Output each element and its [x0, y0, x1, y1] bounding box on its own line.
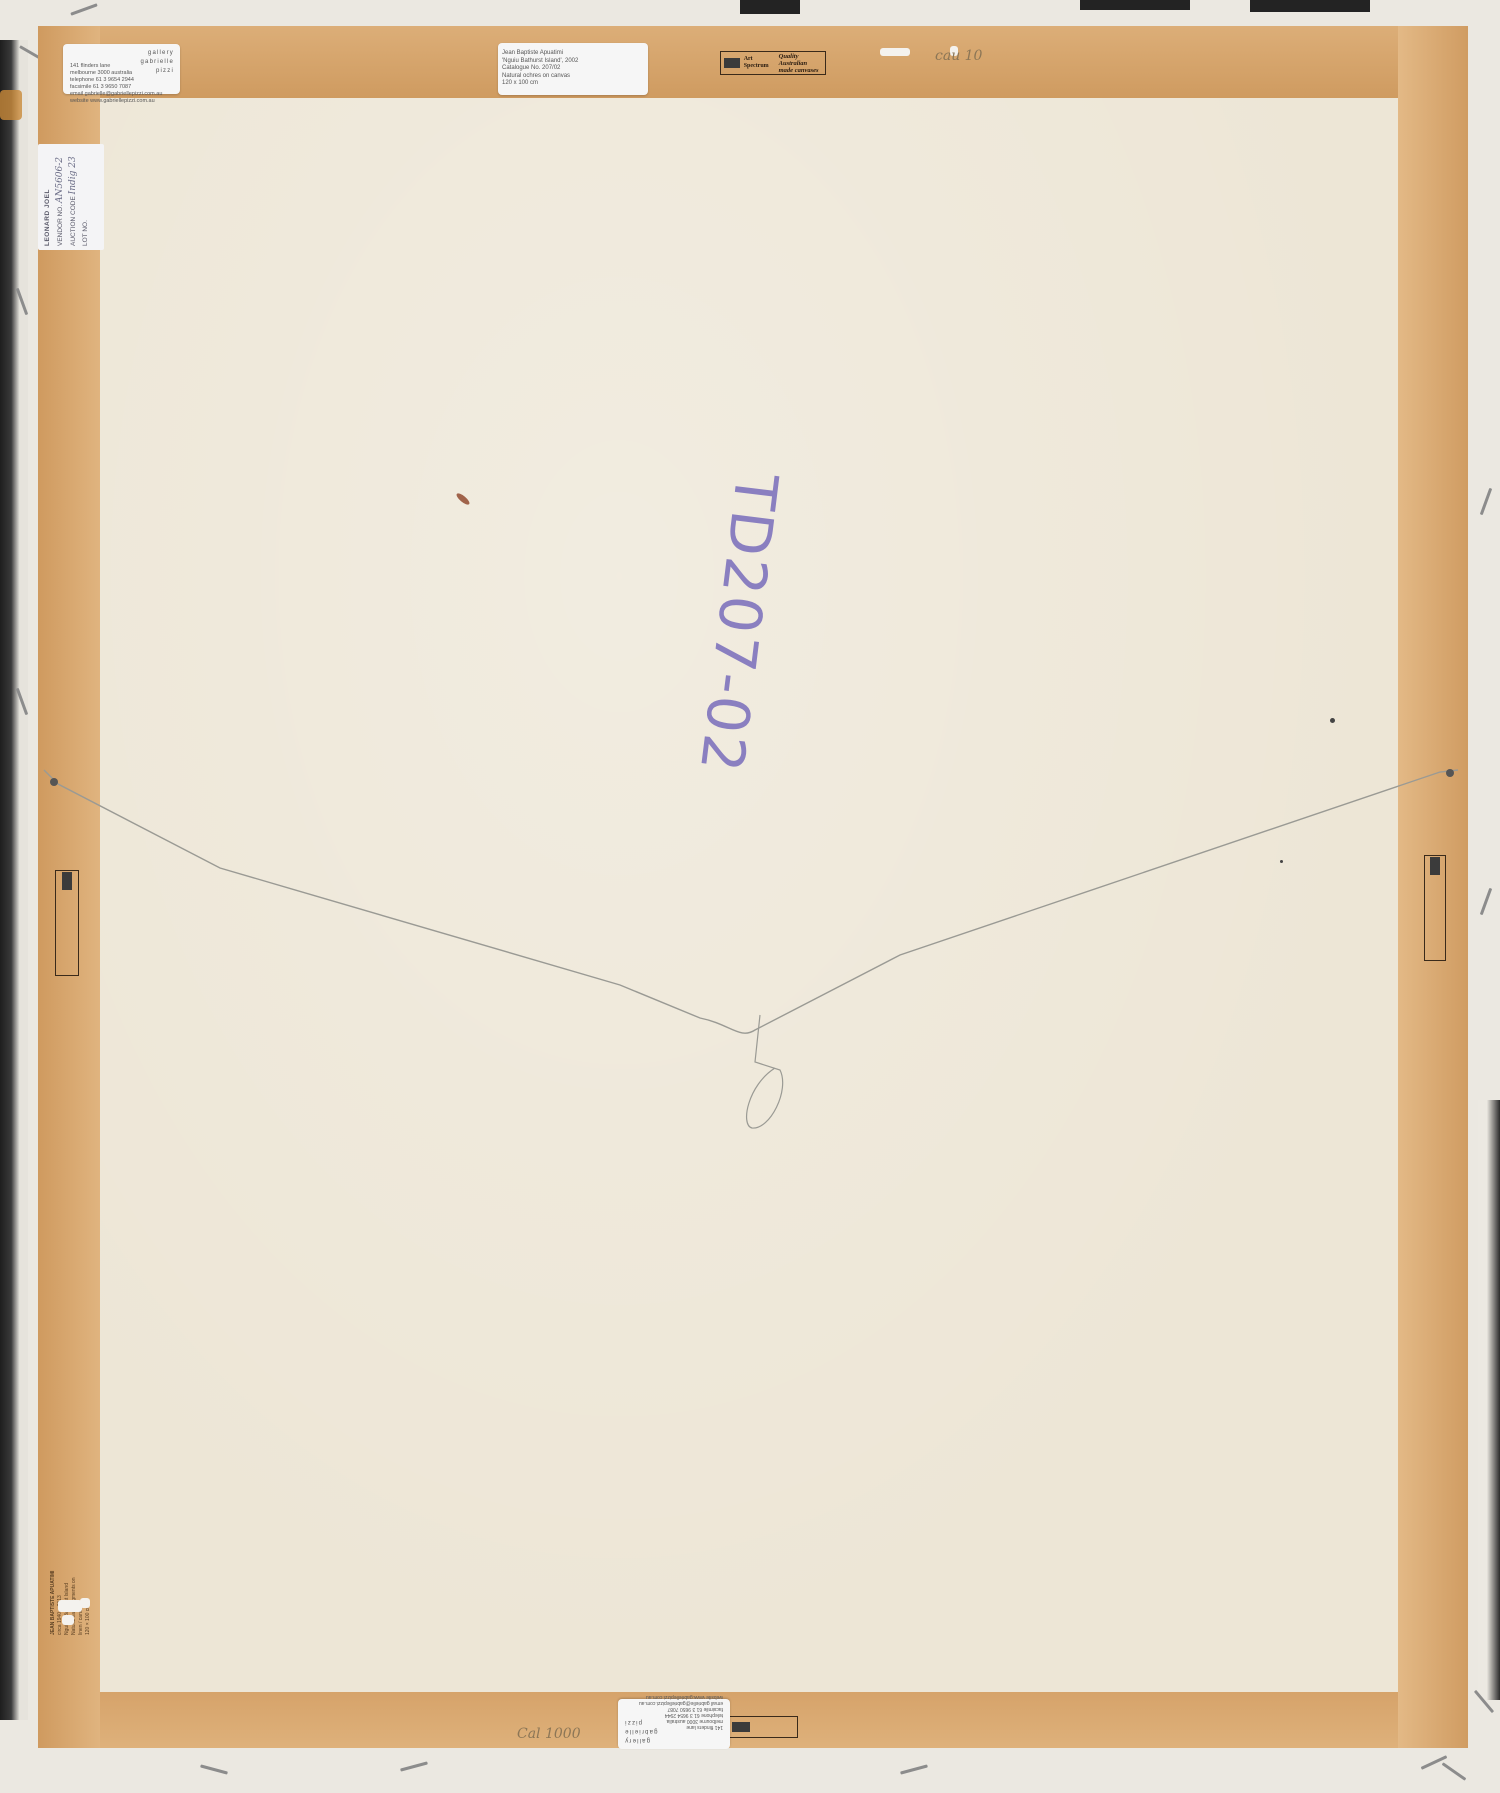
catalogue-artist: Jean Baptiste Apuatimi [502, 50, 578, 58]
auction-house-name: LEONARD JOEL [42, 146, 54, 246]
auction-code-label: AUCTION CODE [70, 196, 77, 246]
art-spectrum-logo-icon [1430, 857, 1440, 875]
art-spectrum-stamp-left [55, 870, 79, 976]
gallery-address: 141 flinders lane [70, 63, 162, 70]
torn-label-remnant [880, 48, 910, 56]
art-spectrum-stamp-top: Art Spectrum Quality Australian made can… [720, 51, 826, 75]
catalogue-dimensions: 120 x 100 cm [502, 80, 578, 88]
art-spectrum-stamp-right [1424, 855, 1446, 961]
gallery-email: email gabrielle@gabriellepizzi.com.au [639, 1700, 723, 1706]
old-label-line6: 120 × 100 cm [85, 1540, 92, 1635]
stamp-text-line1: Quality Australian [779, 53, 822, 67]
gallery-facsimile: facsimile 61 3 9650 7087 [639, 1706, 723, 1712]
gallery-brand-line1: gallery [624, 1735, 657, 1744]
old-label-line5: linen / canvas [78, 1540, 85, 1635]
vendor-no-value: AN5606-2 [55, 157, 65, 203]
gallery-city: melbourne 3000 australia [639, 1718, 723, 1724]
art-spectrum-logo-icon [62, 872, 72, 890]
art-spectrum-logo-icon [732, 1722, 750, 1732]
gallery-website: website www.gabriellepizzi.com.au [70, 98, 162, 105]
art-spectrum-stamp-bottom [728, 1716, 798, 1738]
gallery-facsimile: facsimile 61 3 9650 7087 [70, 84, 162, 91]
catalogue-label: Jean Baptiste Apuatimi 'Nguiu Bathurst I… [498, 43, 648, 95]
catalogue-number: Catalogue No. 207/02 [502, 65, 578, 73]
handwritten-catalogue-number: TD207-02 [686, 478, 796, 758]
torn-label-remnant [58, 1600, 82, 1612]
catalogue-medium: Natural ochres on canvas [502, 73, 578, 81]
vendor-no-label: VENDOR NO. [57, 205, 64, 246]
catalogue-title-year: 'Nguiu Bathurst Island', 2002 [502, 58, 578, 66]
torn-label-remnant [80, 1598, 90, 1608]
lot-no-label: LOT NO. [80, 146, 92, 246]
gallery-city: melbourne 3000 australia [70, 70, 162, 77]
stamp-text-line2: made canvases [779, 67, 822, 74]
pencil-note-bottom-rail: Cal 1000 [517, 1726, 581, 1742]
auction-label: LEONARD JOEL VENDOR NO. AN5606-2 AUCTION… [38, 144, 104, 250]
old-artist-label: JEAN BAPTISTE APUATIMI circa 1940 – 2013… [50, 1540, 98, 1635]
gallery-website: website www.gabriellepizzi.com.au [639, 1694, 723, 1700]
old-label-artist: JEAN BAPTISTE APUATIMI [50, 1540, 57, 1635]
art-spectrum-logo-icon [724, 58, 740, 68]
auction-code-value: Indig 23 [68, 156, 78, 194]
pencil-note-top-rail: cau 10 [935, 48, 982, 64]
gallery-address: 141 flinders lane [639, 1724, 723, 1730]
gallery-label-bottom: gallery gabrielle pizzi 141 flinders lan… [618, 1699, 730, 1749]
gallery-telephone: telephone 61 3 9654 2944 [70, 77, 162, 84]
gallery-label-top: gallery gabrielle pizzi 141 flinders lan… [63, 44, 180, 94]
stamp-brand: Art Spectrum [744, 56, 775, 70]
hanging-wire [0, 0, 1500, 1793]
gallery-brand-line1: gallery [141, 49, 174, 58]
torn-label-remnant [62, 1615, 74, 1625]
gallery-email: email gabrielle@gabriellepizzi.com.au [70, 91, 162, 98]
gallery-telephone: telephone 61 3 9654 2944 [639, 1712, 723, 1718]
